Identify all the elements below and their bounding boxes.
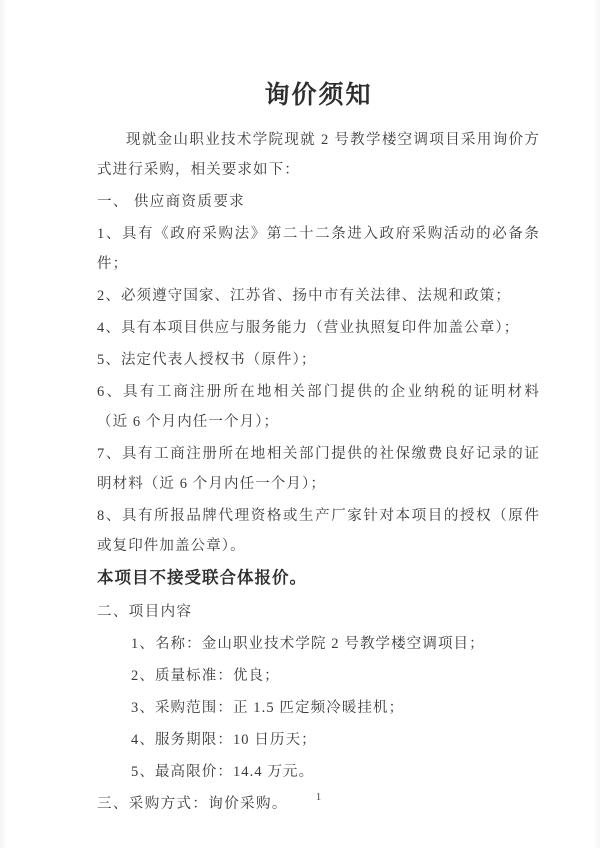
list-item: 4、具有本项目供应与服务能力（营业执照复印件加盖公章）； <box>97 313 540 343</box>
list-item: 2、必须遵守国家、江苏省、扬中市有关法律、法规和政策； <box>97 281 540 311</box>
list-item: 7、具有工商注册所在地相关部门提供的社保缴费良好记录的证明材料（近 6 个月内任… <box>97 439 540 499</box>
no-consortium-note: 本项目不接受联合体报价。 <box>97 563 540 593</box>
list-item: 4、服务期限：10 日历天； <box>97 725 540 755</box>
page-number: 1 <box>97 791 540 803</box>
document-page: 询价须知 现就金山职业技术学院现就 2 号教学楼空调项目采用询价方式进行采购，相… <box>97 0 540 821</box>
list-item: 3、采购范围：正 1.5 匹定频冷暖挂机； <box>97 693 540 723</box>
list-item: 5、最高限价：14.4 万元。 <box>97 757 540 787</box>
section-2-heading: 二、项目内容 <box>97 597 540 627</box>
list-item: 6、具有工商注册所在地相关部门提供的企业纳税的证明材料（近 6 个月内任一个月）… <box>97 377 540 437</box>
list-item: 8、具有所报品牌代理资格或生产厂家针对本项目的授权（原件或复印件加盖公章）。 <box>97 501 540 561</box>
list-item: 2、质量标准：优良； <box>97 661 540 691</box>
doc-title: 询价须知 <box>97 80 540 110</box>
list-item: 5、法定代表人授权书（原件）； <box>97 345 540 375</box>
list-item: 1、具有《政府采购法》第二十二条进入政府采购活动的必备条件； <box>97 219 540 279</box>
intro-paragraph: 现就金山职业技术学院现就 2 号教学楼空调项目采用询价方式进行采购，相关要求如下… <box>97 125 540 185</box>
list-item: 1、名称：金山职业技术学院 2 号教学楼空调项目； <box>97 629 540 659</box>
section-1-heading: 一、 供应商资质要求 <box>97 187 540 217</box>
